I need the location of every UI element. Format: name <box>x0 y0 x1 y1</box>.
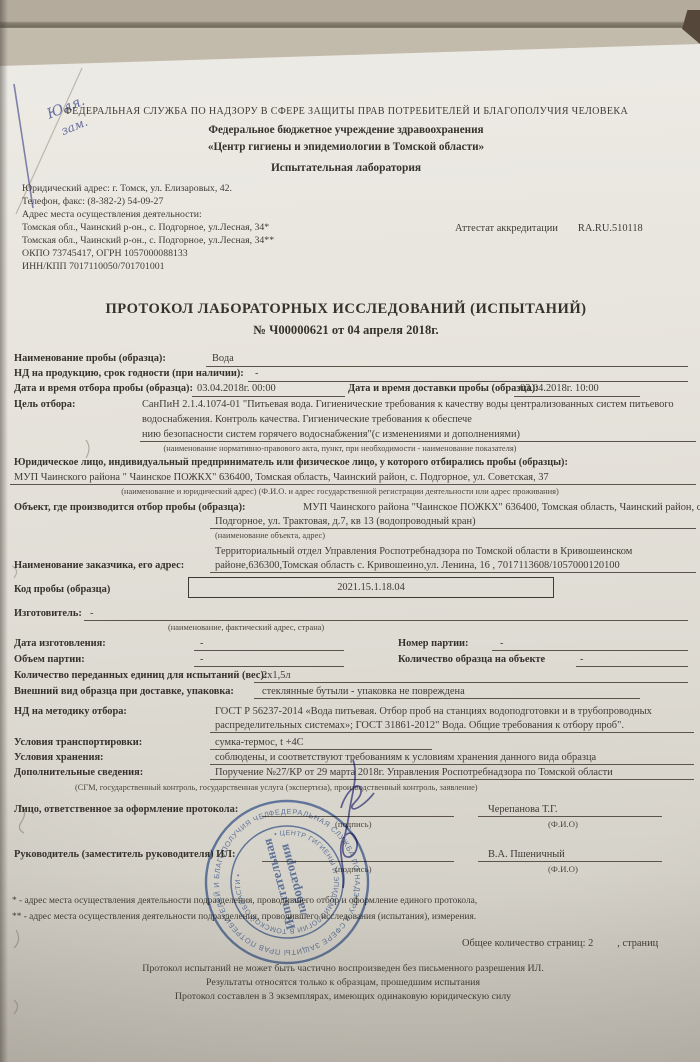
underline <box>514 396 640 397</box>
batch-volume-value: - <box>200 653 203 666</box>
institution-line2: «Центр гигиены и эпидемиологии в Томской… <box>0 140 692 154</box>
storage-label: Условия хранения: <box>14 751 104 764</box>
customer-label: Наименование заказчика, его адрес: <box>14 559 184 572</box>
customer-line2: районе,636300,Томская область с. Кривоше… <box>215 559 620 572</box>
officer-name: Черепанова Т.Г. <box>488 803 557 816</box>
batch-number-label: Номер партии: <box>398 637 469 650</box>
transport-label: Условия транспортировки: <box>14 736 142 749</box>
sample-code-box: 2021.15.1.18.04 <box>188 577 554 598</box>
nd-method-line1: ГОСТ Р 56237-2014 «Вода питьевая. Отбор … <box>215 705 652 718</box>
activity-address-1: Томская обл., Чаинский р-он., с. Подгорн… <box>22 222 269 234</box>
sample-name-value: Вода <box>212 352 234 365</box>
manufacture-date-value: - <box>200 637 203 650</box>
activity-address-2: Томская обл., Чаинский р-он., с. Подгорн… <box>22 235 274 247</box>
footer-note-1: Протокол испытаний не может быть частичн… <box>0 963 686 975</box>
object-line1: МУП Чаинского района "Чаинское ПОЖКХ" 63… <box>303 501 700 514</box>
underline <box>210 732 694 733</box>
accreditation: Аттестат аккредитацииRA.RU.510118 <box>455 222 643 235</box>
stamp-center-text: Испытательная лаборатория <box>259 833 312 931</box>
batch-number-value: - <box>500 637 503 650</box>
okpo-ogrn: ОКПО 73745417, ОГРН 1057000088133 <box>22 248 188 260</box>
officer-label: Лицо, ответственное за оформление проток… <box>14 803 238 816</box>
head-name-caption: (Ф.И.О) <box>548 864 578 875</box>
object-label: Объект, где производится отбор пробы (об… <box>14 501 245 514</box>
object-caption: (наименование объекта, адрес) <box>215 531 325 542</box>
underline <box>10 484 696 485</box>
protocol-title: ПРОТОКОЛ ЛАБОРАТОРНЫХ ИССЛЕДОВАНИЙ (ИСПЫ… <box>0 300 692 318</box>
object-line2: Подгорное, ул. Трактовая, д.7, кв 13 (во… <box>215 515 476 528</box>
sampling-datetime-value: 03.04.2018г. 00:00 <box>197 382 276 395</box>
officer-name-caption: (Ф.И.О) <box>548 819 578 830</box>
footer-note-3: Протокол составлен в 3 экземплярах, имею… <box>0 991 686 1003</box>
additional-caption: (СГМ, государственный контроль, государс… <box>75 783 478 794</box>
customer-line1: Территориальный отдел Управления Роспотр… <box>215 545 632 558</box>
underline <box>84 620 688 621</box>
underline <box>140 441 696 442</box>
underline <box>254 698 640 699</box>
underline <box>194 666 344 667</box>
page-count-suffix: , страниц <box>617 938 658 949</box>
sample-code-label: Код пробы (образца) <box>14 583 110 596</box>
underline <box>210 572 696 573</box>
nd-product-value: - <box>255 367 258 380</box>
underline <box>210 764 694 765</box>
batch-volume-label: Объем партии: <box>14 653 85 666</box>
protocol-number: № Ч00000621 от 04 апреля 2018г. <box>0 323 692 339</box>
quantity-on-site-value: - <box>580 653 583 666</box>
legal-entity-caption: (наименование и юридический адрес) (Ф.И.… <box>30 487 650 498</box>
inn-kpp: ИНН/КПП 7017110050/701701001 <box>22 261 165 273</box>
accreditation-value: RA.RU.510118 <box>578 223 643 234</box>
legal-entity-label: Юридическое лицо, индивидуальный предпри… <box>14 457 568 470</box>
delivery-datetime-value: 03.04.2018г. 10:00 <box>520 382 599 395</box>
purpose-line1: СанПиН 2.1.4.1074-01 "Питьевая вода. Гиг… <box>142 398 674 411</box>
page-count: Общее количество страниц: 2, страниц <box>462 937 658 950</box>
purpose-caption: (наименование нормативно-правового акта,… <box>30 444 650 455</box>
agency-name: ФЕДЕРАЛЬНАЯ СЛУЖБА ПО НАДЗОРУ В СФЕРЕ ЗА… <box>0 106 692 119</box>
manufacturer-label: Изготовитель: <box>14 607 82 620</box>
transport-value: сумка-термос, t +4С <box>215 736 304 749</box>
sample-name-label: Наименование пробы (образца): <box>14 352 166 365</box>
appearance-value: стеклянные бутыли - упаковка не поврежде… <box>262 685 465 698</box>
photo-of-document: { "colors": { "stamp_blue": "#4a6cae", "… <box>0 0 700 1062</box>
signature-line <box>478 861 662 862</box>
purpose-label: Цель отбора: <box>14 398 75 411</box>
quantity-on-site-label: Количество образца на объекте <box>398 653 545 666</box>
underline <box>210 528 696 529</box>
manufacturer-caption: (наименование, фактический адрес, страна… <box>168 623 324 634</box>
legal-entity-value: МУП Чаинского района " Чаинское ПОЖКХ" 6… <box>14 471 549 484</box>
underline <box>194 650 344 651</box>
footer-note-2: Результаты относятся только к образцам, … <box>0 977 686 989</box>
underline <box>210 749 432 750</box>
nd-method-label: НД на методику отбора: <box>14 705 127 718</box>
institution-line1: Федеральное бюджетное учреждение здравоо… <box>0 123 692 137</box>
underline <box>206 366 688 367</box>
nd-method-line2: распределительных системах»; ГОСТ 31861-… <box>215 719 624 732</box>
units-transferred-label: Количество переданных единиц для испытан… <box>14 669 267 682</box>
underline <box>210 779 694 780</box>
additional-value: Поручение №27/КР от 29 марта 2018г. Упра… <box>215 766 613 779</box>
department-name: Испытательная лаборатория <box>0 161 692 175</box>
nd-product-label: НД на продукцию, срок годности (при нали… <box>14 367 244 380</box>
manufacturer-value: - <box>90 607 93 620</box>
accreditation-label: Аттестат аккредитации <box>455 223 558 234</box>
underline <box>192 396 345 397</box>
signature-line <box>478 816 662 817</box>
purpose-line2: водоснабжения. Контроль качества. Гигиен… <box>142 413 472 426</box>
underline <box>492 650 688 651</box>
manufacture-date-label: Дата изготовления: <box>14 637 106 650</box>
sampling-datetime-label: Дата и время отбора пробы (образца): <box>14 382 193 395</box>
purpose-line3: нию безопасности систем горячего водосна… <box>142 428 520 441</box>
legal-address: Юридический адрес: г. Томск, ул. Елизаро… <box>22 183 232 195</box>
page-count-label: Общее количество страниц: 2 <box>462 938 593 949</box>
paper-left-edge-shadow <box>0 0 8 1062</box>
additional-label: Дополнительные сведения: <box>14 766 143 779</box>
activity-address-label: Адрес места осуществления деятельности: <box>22 209 202 221</box>
delivery-datetime-label: Дата и время доставки пробы (образца): <box>348 382 539 395</box>
units-transferred-value: 2х1,5л <box>262 669 291 682</box>
underline <box>576 666 688 667</box>
head-name: В.А. Пшеничный <box>488 848 565 861</box>
phone-fax: Телефон, факс: (8-382-2) 54-09-27 <box>22 196 163 208</box>
appearance-label: Внешний вид образца при доставке, упаков… <box>14 685 234 698</box>
underline <box>254 682 688 683</box>
storage-value: соблюдены, и соответствуют требованиям к… <box>215 751 596 764</box>
